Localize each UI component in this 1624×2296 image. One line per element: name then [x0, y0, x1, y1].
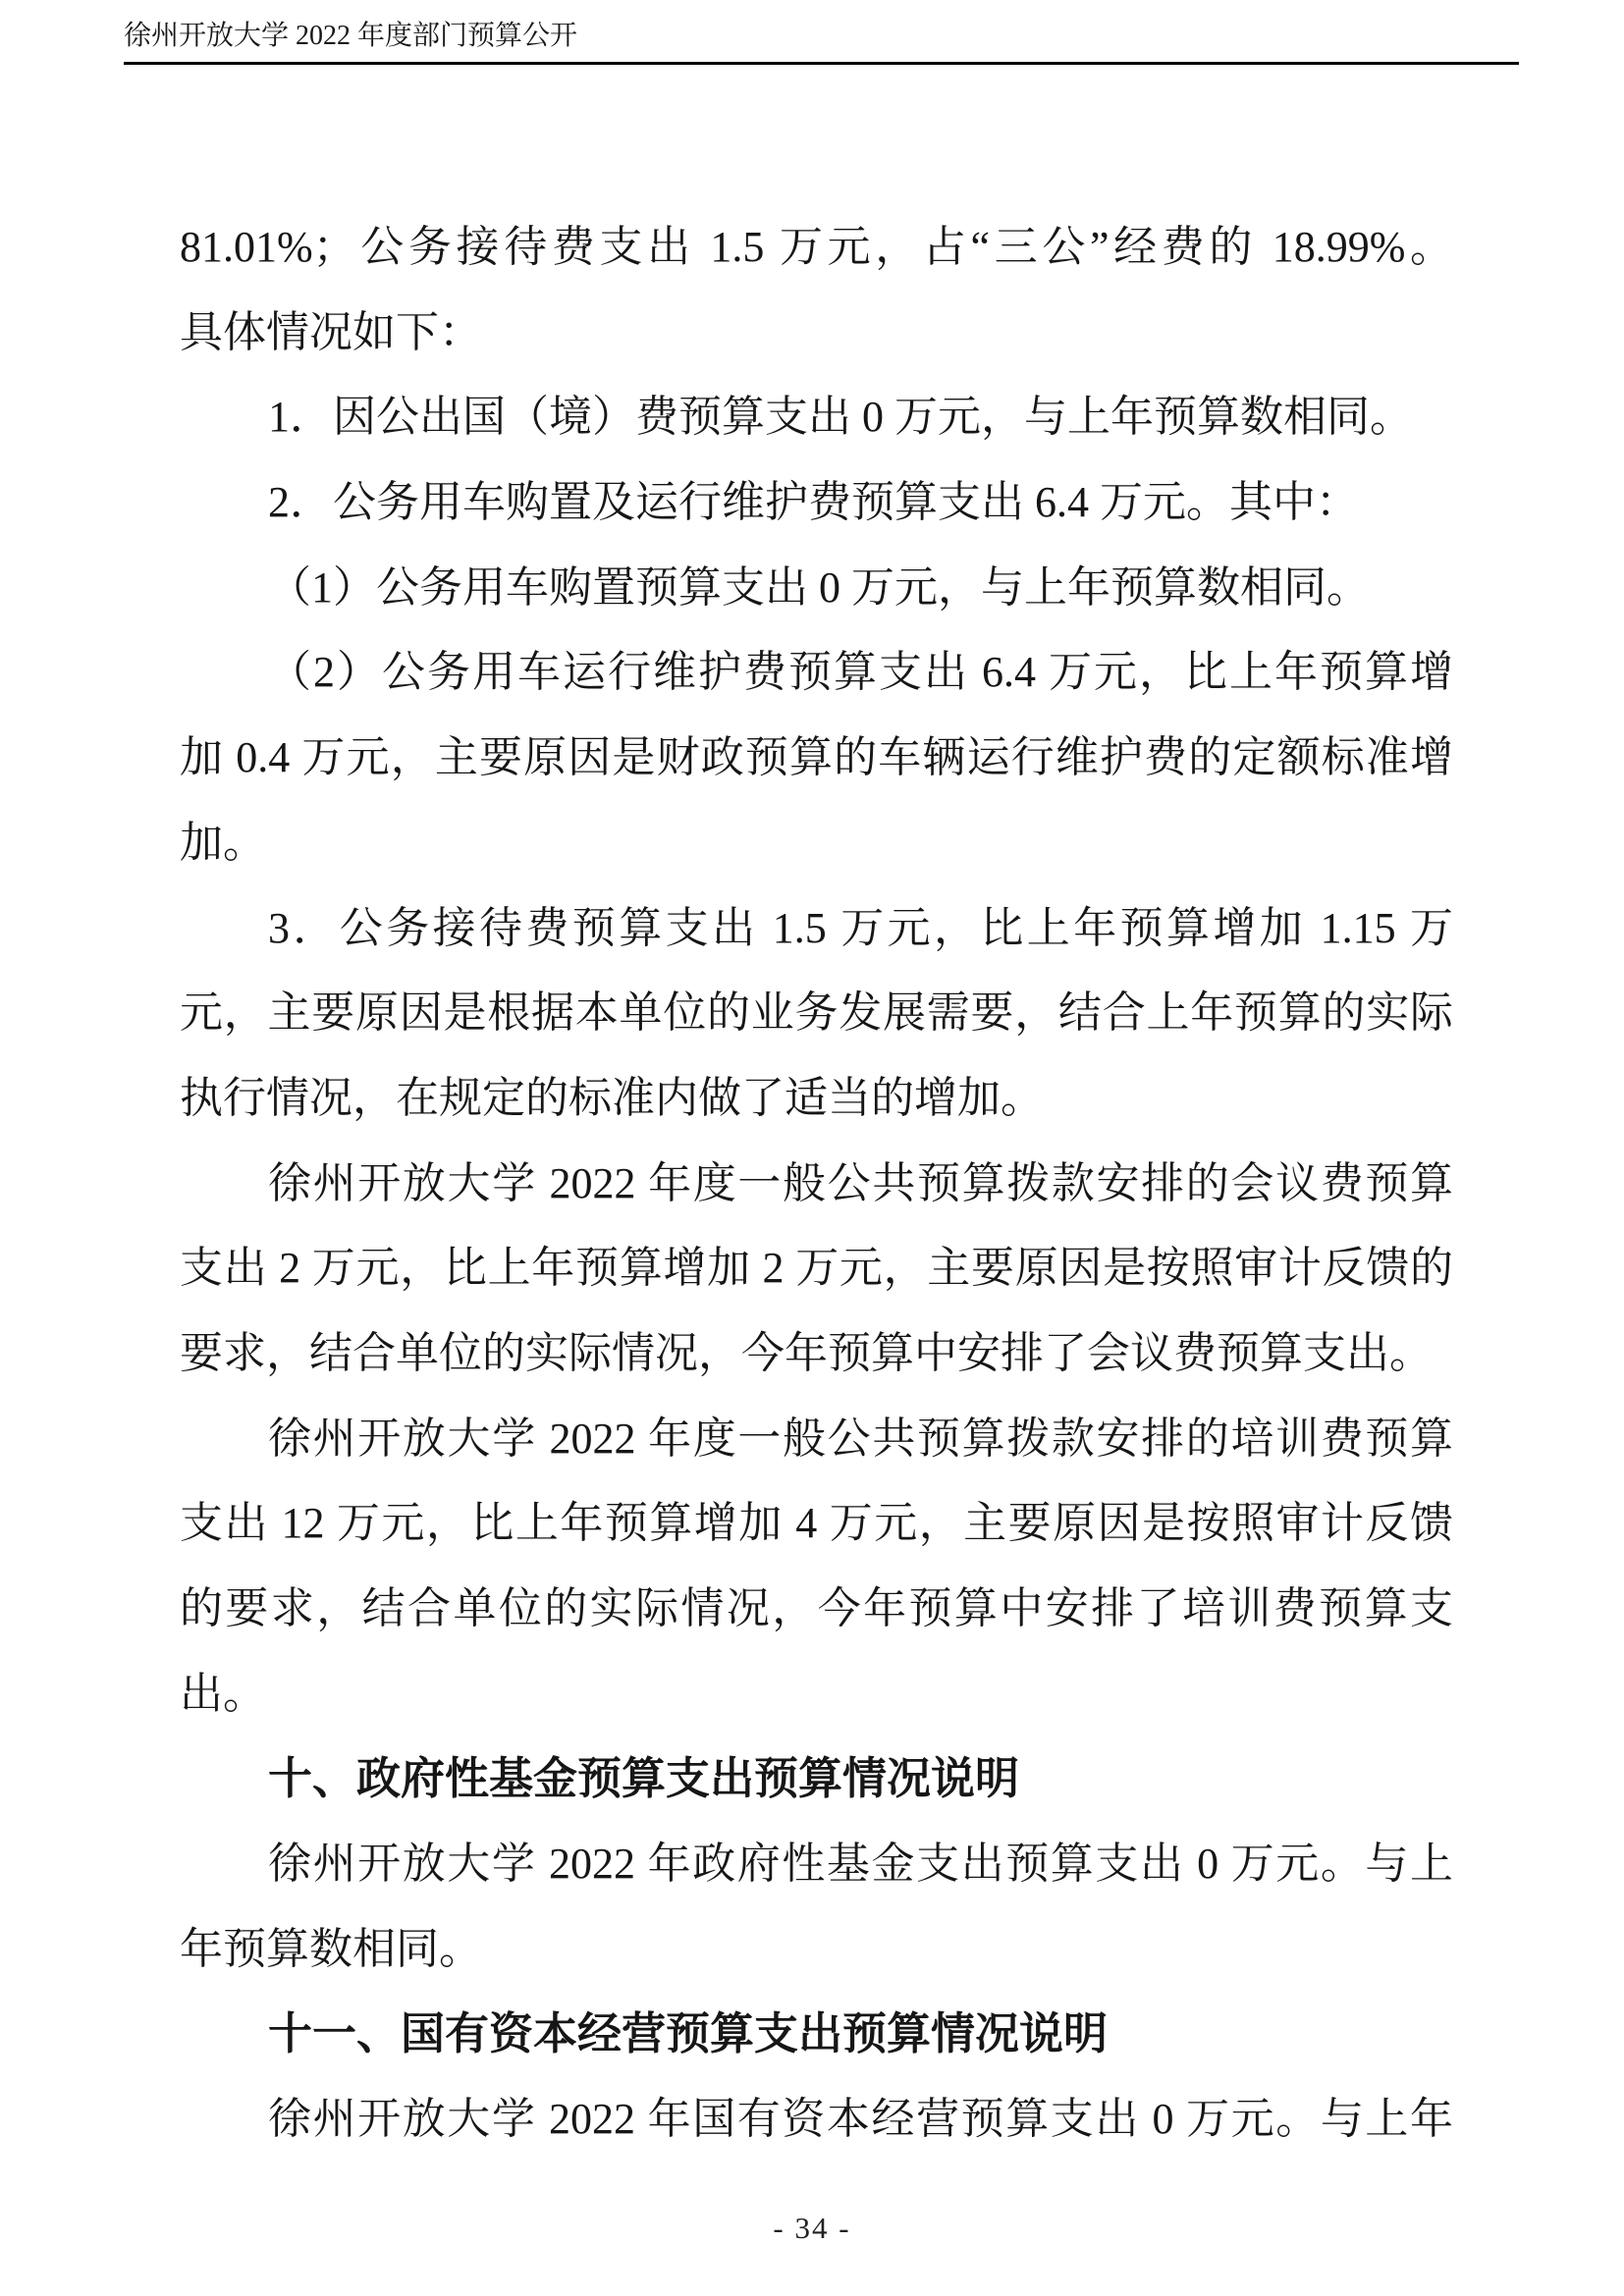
text-line: 2．公务用车购置及运行维护费预算支出 6.4 万元。其中： [180, 460, 1453, 546]
text-line: 3．公务接待费预算支出 1.5 万元，比上年预算增加 1.15 万 [180, 886, 1453, 972]
text-line: 1．因公出国（境）费预算支出 0 万元，与上年预算数相同。 [180, 375, 1453, 460]
text-line: 支出 12 万元，比上年预算增加 4 万元，主要原因是按照审计反馈 [180, 1481, 1453, 1567]
header-rule [124, 62, 1519, 65]
text-line: （1）公务用车购置预算支出 0 万元，与上年预算数相同。 [180, 546, 1453, 631]
text-line: 元，主要原因是根据本单位的业务发展需要，结合上年预算的实际 [180, 971, 1453, 1056]
text-line: 具体情况如下： [180, 291, 1453, 376]
text-line: 81.01%；公务接待费支出 1.5 万元，占“三公”经费的 18.99%。 [180, 205, 1453, 291]
text-line: 出。 [180, 1652, 1453, 1737]
section-heading-line: 十、政府性基金预算支出预算情况说明 [180, 1736, 1453, 1822]
page-footer: - 34 - [0, 2211, 1624, 2246]
text-line: 支出 2 万元，比上年预算增加 2 万元，主要原因是按照审计反馈的 [180, 1226, 1453, 1311]
text-line: 加。 [180, 801, 1453, 886]
document-page: 徐州开放大学 2022 年度部门预算公开 81.01%；公务接待费支出 1.5 … [0, 0, 1624, 2296]
text-line: （2）公务用车运行维护费预算支出 6.4 万元，比上年预算增 [180, 630, 1453, 716]
text-line: 徐州开放大学 2022 年政府性基金支出预算支出 0 万元。与上 [180, 1822, 1453, 1907]
text-line: 年预算数相同。 [180, 1907, 1453, 1993]
document-body: 81.01%；公务接待费支出 1.5 万元，占“三公”经费的 18.99%。具体… [180, 205, 1453, 2163]
page-number: - 34 - [773, 2211, 850, 2245]
section-heading-line: 十一、国有资本经营预算支出预算情况说明 [180, 1992, 1453, 2077]
text-line: 的要求，结合单位的实际情况，今年预算中安排了培训费预算支 [180, 1567, 1453, 1652]
text-line: 要求，结合单位的实际情况，今年预算中安排了会议费预算支出。 [180, 1311, 1453, 1397]
text-line: 加 0.4 万元，主要原因是财政预算的车辆运行维护费的定额标准增 [180, 716, 1453, 801]
header-title: 徐州开放大学 2022 年度部门预算公开 [124, 20, 577, 53]
text-line: 徐州开放大学 2022 年度一般公共预算拨款安排的会议费预算 [180, 1142, 1453, 1227]
text-line: 徐州开放大学 2022 年国有资本经营预算支出 0 万元。与上年 [180, 2077, 1453, 2163]
text-line: 徐州开放大学 2022 年度一般公共预算拨款安排的培训费预算 [180, 1397, 1453, 1482]
text-line: 执行情况，在规定的标准内做了适当的增加。 [180, 1056, 1453, 1142]
